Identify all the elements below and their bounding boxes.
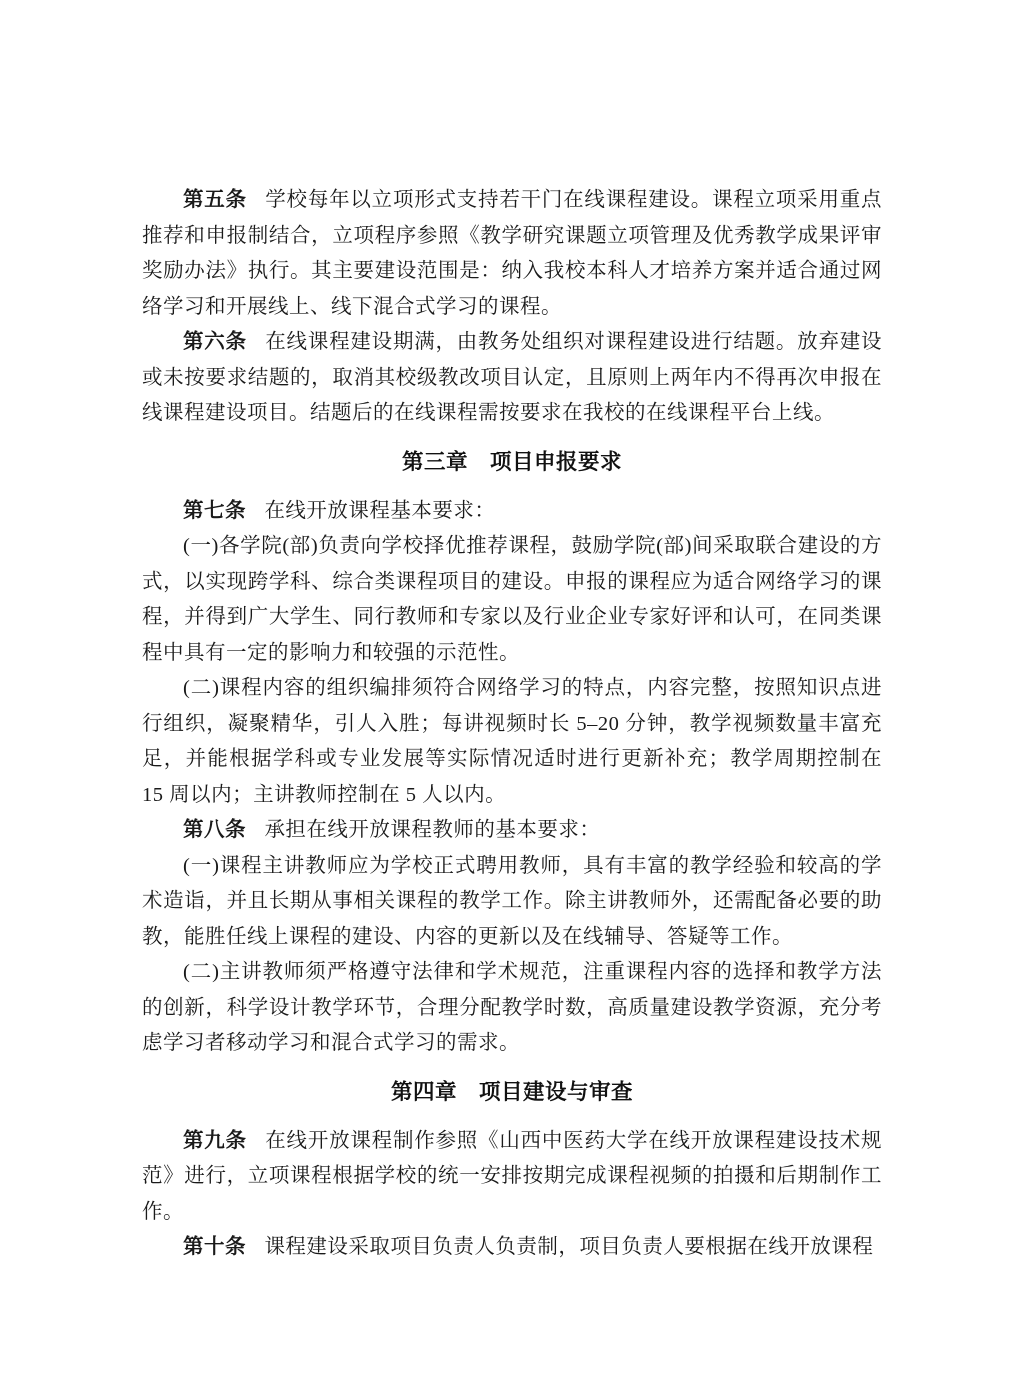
clause-text: 在线开放课程制作参照《山西中医药大学在线开放课程建设技术规范》进行，立项课程根据… [142, 1130, 882, 1223]
sub-item-8-2: (二)主讲教师须严格遵守法律和学术规范，注重课程内容的选择和教学方法的创新，科学… [142, 955, 882, 1062]
chapter-heading-3: 第三章 项目申报要求 [142, 444, 882, 480]
article-clause-6: 第六条在线课程建设期满，由教务处组织对课程建设进行结题。放弃建设或未按要求结题的… [142, 325, 882, 432]
clause-number: 第七条 [183, 500, 246, 522]
sub-item-7-1: (一)各学院(部)负责向学校择优推荐课程，鼓励学院(部)间采取联合建设的方式，以… [142, 529, 882, 671]
sub-item-7-2: (二)课程内容的组织编排须符合网络学习的特点，内容完整，按照知识点进行组织，凝聚… [142, 671, 882, 813]
document-page: 第五条学校每年以立项形式支持若干门在线课程建设。课程立项采用重点推荐和申报制结合… [0, 0, 1024, 1379]
clause-number: 第十条 [183, 1236, 246, 1258]
chapter-heading-4: 第四章 项目建设与审查 [142, 1074, 882, 1110]
clause-number: 第九条 [183, 1130, 247, 1152]
article-clause-10: 第十条课程建设采取项目负责人负责制，项目负责人要根据在线开放课程 [142, 1230, 882, 1266]
clause-text: 学校每年以立项形式支持若干门在线课程建设。课程立项采用重点推荐和申报制结合，立项… [142, 189, 882, 318]
clause-text: 在线开放课程基本要求： [264, 500, 495, 522]
clause-number: 第五条 [183, 189, 247, 211]
sub-item-8-1: (一)课程主讲教师应为学校正式聘用教师，具有丰富的教学经验和较高的学术造诣，并且… [142, 849, 882, 956]
clause-text: 课程建设采取项目负责人负责制，项目负责人要根据在线开放课程 [264, 1236, 873, 1258]
article-clause-7: 第七条在线开放课程基本要求： [142, 494, 882, 530]
clause-number: 第六条 [183, 331, 247, 353]
article-clause-5: 第五条学校每年以立项形式支持若干门在线课程建设。课程立项采用重点推荐和申报制结合… [142, 183, 882, 325]
document-content: 第五条学校每年以立项形式支持若干门在线课程建设。课程立项采用重点推荐和申报制结合… [142, 0, 882, 1266]
article-clause-9: 第九条在线开放课程制作参照《山西中医药大学在线开放课程建设技术规范》进行，立项课… [142, 1124, 882, 1231]
article-clause-8: 第八条承担在线开放课程教师的基本要求： [142, 813, 882, 849]
clause-text: 承担在线开放课程教师的基本要求： [264, 819, 600, 841]
clause-text: 在线课程建设期满，由教务处组织对课程建设进行结题。放弃建设或未按要求结题的，取消… [142, 331, 882, 424]
clause-number: 第八条 [183, 819, 246, 841]
